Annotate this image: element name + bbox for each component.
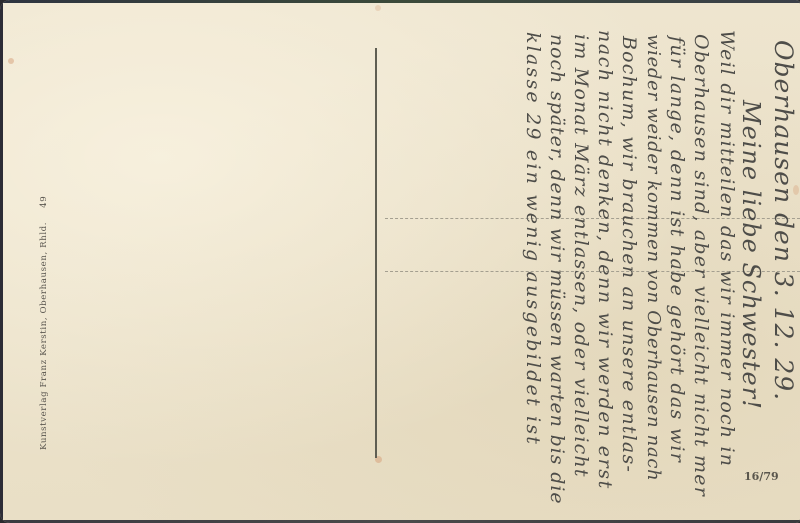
stain: [375, 5, 381, 11]
left-edge: [0, 0, 3, 523]
handwritten-salutation: Meine liebe Schwester!: [737, 100, 765, 410]
stain: [8, 58, 14, 64]
handwritten-line: Oberhausen sind, aber vielleicht nicht m…: [690, 34, 712, 497]
postcard-back: Kunstverlag Franz Kerstin, Oberhausen, R…: [0, 0, 800, 523]
publisher-number: 49: [39, 196, 49, 208]
handwritten-line: wieder weider kommen von Oberhausen nach: [643, 34, 664, 481]
handwritten-line: klasse 29 ein wenig ausgebildet ist: [522, 32, 544, 446]
handwritten-line: Weil dir mitteilen das wir immer noch in: [716, 30, 738, 467]
handwritten-line: nach nicht denken, denn wir werden erst: [594, 30, 616, 490]
handwritten-line: im Monat März entlassen, oder vielleicht: [570, 34, 592, 478]
publisher-imprint: Kunstverlag Franz Kerstin, Oberhausen, R…: [39, 90, 49, 450]
handwritten-line: für lange, denn ist habe gehört das wir: [666, 36, 688, 463]
publisher-text: Kunstverlag Franz Kerstin, Oberhausen, R…: [39, 222, 49, 450]
top-edge: [0, 0, 800, 3]
serial-number: 16/79: [744, 470, 779, 483]
handwritten-dateline: Oberhausen den 3. 12. 29.: [769, 40, 798, 401]
handwritten-line: Bochum, wir brauchen an unsere entlas-: [618, 36, 640, 473]
divider-line: [375, 48, 377, 458]
handwritten-line: noch später, denn wir müssen warten bis …: [546, 34, 568, 505]
